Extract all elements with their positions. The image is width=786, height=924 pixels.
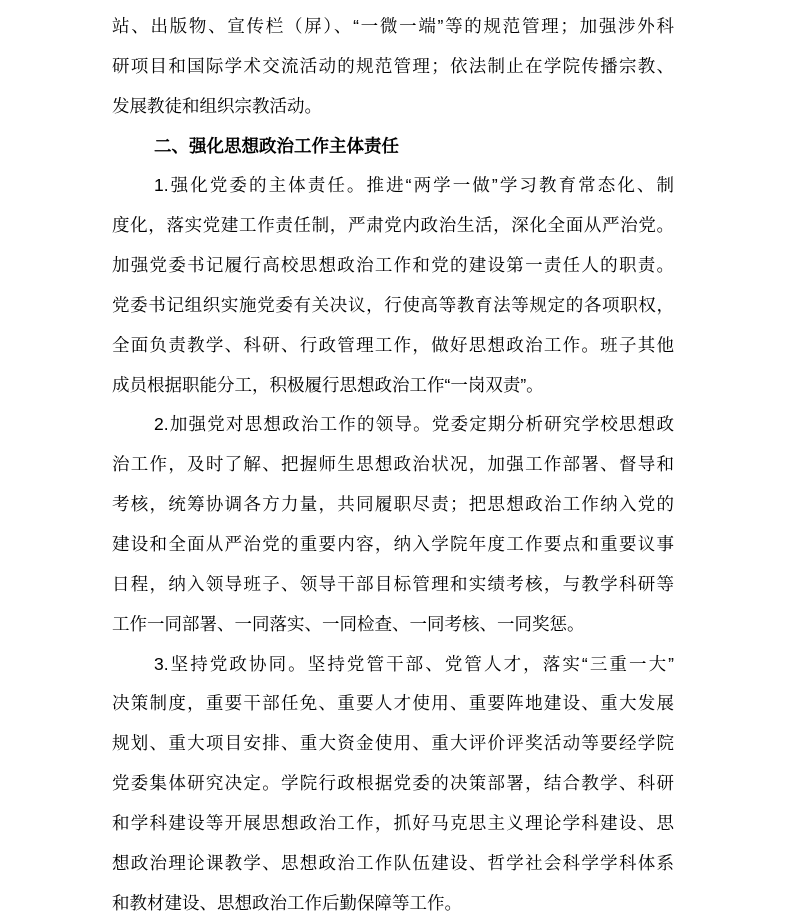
text-line: 党委集体研究决定。学院行政根据党委的决策部署，结合教学、科研 (112, 764, 674, 804)
text-line: 1.强化党委的主体责任。推进“两学一做”学习教育常态化、制 (112, 166, 674, 206)
text-line: 和教材建设、思想政治工作后勤保障等工作。 (112, 884, 674, 924)
text-line: 工作一同部署、一同落实、一同检查、一同考核、一同奖惩。 (112, 605, 674, 645)
section-heading-text: 二、强化思想政治工作主体责任 (112, 127, 674, 167)
text-line: 建设和全面从严治党的重要内容，纳入学院年度工作要点和重要议事 (112, 525, 674, 565)
section-heading: 二、强化思想政治工作主体责任 (112, 127, 674, 167)
text-line: 规划、重大项目安排、重大资金使用、重大评价评奖活动等要经学院 (112, 724, 674, 764)
document-page: 站、出版物、宣传栏（屏）、“一微一端”等的规范管理；加强涉外科 研项目和国际学术… (0, 0, 786, 924)
paragraph-2: 2.加强党对思想政治工作的领导。党委定期分析研究学校思想政 治工作，及时了解、把… (112, 405, 674, 644)
text-line: 3.坚持党政协同。坚持党管干部、党管人才，落实“三重一大” (112, 645, 674, 685)
text-line: 党委书记组织实施党委有关决议，行使高等教育法等规定的各项职权， (112, 286, 674, 326)
text-line: 发展教徒和组织宗教活动。 (112, 87, 674, 127)
text-line: 站、出版物、宣传栏（屏）、“一微一端”等的规范管理；加强涉外科 (112, 7, 674, 47)
text-line: 成员根据职能分工，积极履行思想政治工作“一岗双责”。 (112, 366, 674, 406)
text-line: 全面负责教学、科研、行政管理工作，做好思想政治工作。班子其他 (112, 326, 674, 366)
text-line: 考核，统筹协调各方力量，共同履职尽责；把思想政治工作纳入党的 (112, 485, 674, 525)
text-line: 度化，落实党建工作责任制，严肃党内政治生活，深化全面从严治党。 (112, 206, 674, 246)
text-line: 治工作，及时了解、把握师生思想政治状况，加强工作部署、督导和 (112, 445, 674, 485)
text-line: 日程，纳入领导班子、领导干部目标管理和实绩考核，与教学科研等 (112, 565, 674, 605)
text-line: 想政治理论课教学、思想政治工作队伍建设、哲学社会科学学科体系 (112, 844, 674, 884)
text-line: 和学科建设等开展思想政治工作，抓好马克思主义理论学科建设、思 (112, 804, 674, 844)
paragraph-3: 3.坚持党政协同。坚持党管干部、党管人才，落实“三重一大” 决策制度，重要干部任… (112, 645, 674, 924)
text-line: 2.加强党对思想政治工作的领导。党委定期分析研究学校思想政 (112, 405, 674, 445)
text-line: 加强党委书记履行高校思想政治工作和党的建设第一责任人的职责。 (112, 246, 674, 286)
continued-paragraph: 站、出版物、宣传栏（屏）、“一微一端”等的规范管理；加强涉外科 研项目和国际学术… (112, 7, 674, 127)
paragraph-1: 1.强化党委的主体责任。推进“两学一做”学习教育常态化、制 度化，落实党建工作责… (112, 166, 674, 405)
text-line: 决策制度，重要干部任免、重要人才使用、重要阵地建设、重大发展 (112, 684, 674, 724)
text-line: 研项目和国际学术交流活动的规范管理；依法制止在学院传播宗教、 (112, 47, 674, 87)
